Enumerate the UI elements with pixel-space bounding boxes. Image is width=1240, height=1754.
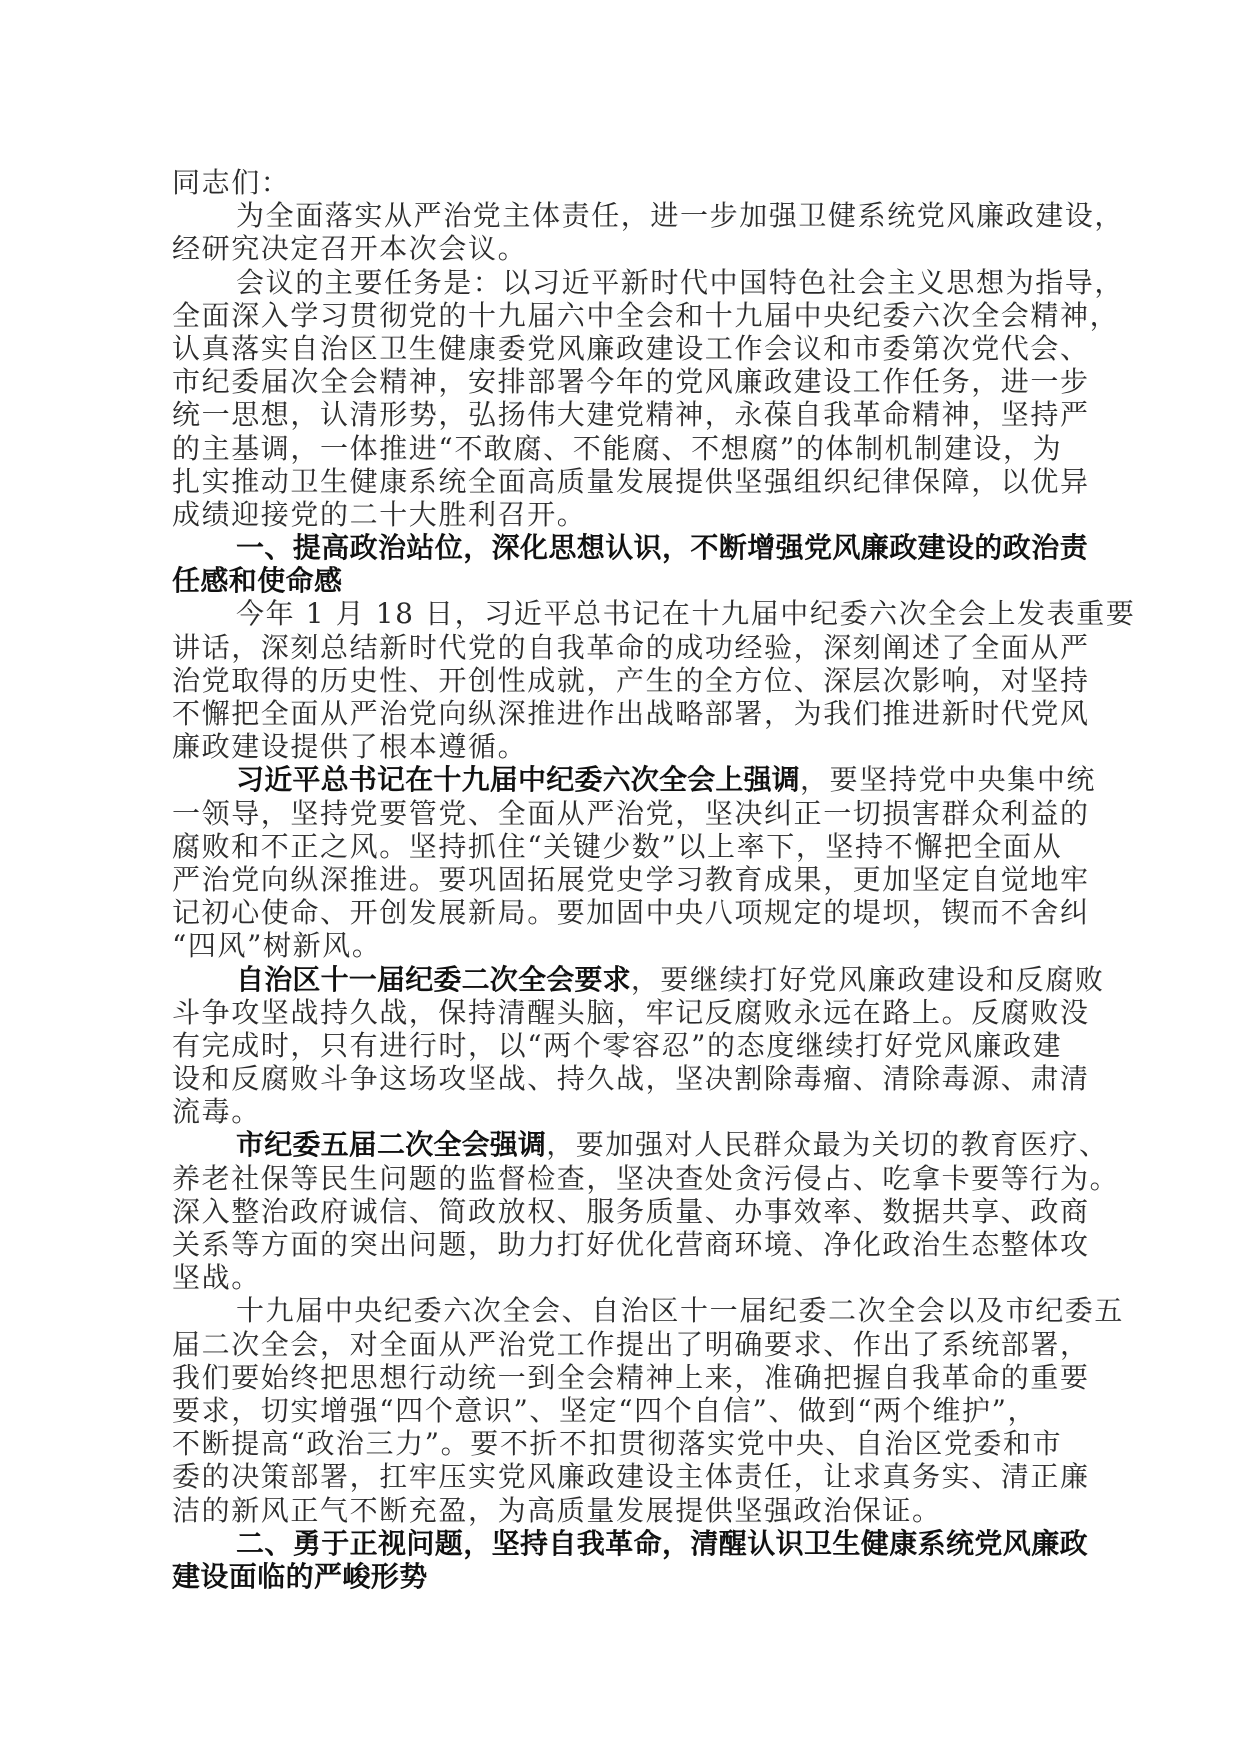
paragraph-jan18-speech: 今年 1 月 18 日，习近平总书记在十九届中纪委六次全会上发表重要 讲话，深刻… (172, 597, 1062, 763)
text-line: 记初心使命、开创发展新局。要加固中央八项规定的堤坝，锲而不舍纠 (172, 896, 1062, 929)
text-line: 市纪委届次全会精神，安排部署今年的党风廉政建设工作任务，进一步 (172, 365, 1062, 398)
text-line: 自治区十一届纪委二次全会要求，要继续打好党风廉政建设和反腐败 (172, 963, 1062, 996)
heading-line: 一、提高政治站位，深化思想认识，不断增强党风廉政建设的政治责 (172, 531, 1062, 564)
paragraph-intro: 为全面落实从严治党主体责任，进一步加强卫健系统党风廉政建设， 经研究决定召开本次… (172, 199, 1062, 265)
text-line: 届二次全会，对全面从严治党工作提出了明确要求、作出了系统部署， (172, 1328, 1062, 1361)
text-line: 委的决策部署，扛牢压实党风廉政建设主体责任，让求真务实、清正廉 (172, 1460, 1062, 1493)
text-line: 洁的新风正气不断充盈，为高质量发展提供坚强政治保证。 (172, 1494, 1062, 1527)
text-line: “四风”树新风。 (172, 929, 1062, 962)
paragraph-central-commission: 习近平总书记在十九届中纪委六次全会上强调，要坚持党中央集中统 一领导，坚持党要管… (172, 763, 1062, 962)
text-line: 严治党向纵深推进。要巩固拓展党史学习教育成果，更加坚定自觉地牢 (172, 863, 1062, 896)
section-heading-1: 一、提高政治站位，深化思想认识，不断增强党风廉政建设的政治责 任感和使命感 (172, 531, 1062, 597)
text-line: 习近平总书记在十九届中纪委六次全会上强调，要坚持党中央集中统 (172, 763, 1062, 796)
text-line: 十九届中央纪委六次全会、自治区十一届纪委二次全会以及市纪委五 (172, 1294, 1062, 1327)
text-line: 的主基调，一体推进“不敢腐、不能腐、不想腐”的体制机制建设，为 (172, 432, 1062, 465)
text-line: 认真落实自治区卫生健康委党风廉政建设工作会议和市委第次党代会、 (172, 332, 1062, 365)
bold-lead: 市纪委五届二次全会强调 (236, 1128, 546, 1161)
text-line: 不断提高“政治三力”。要不折不扣贯彻落实党中央、自治区党委和市 (172, 1427, 1062, 1460)
text-line: 为全面落实从严治党主体责任，进一步加强卫健系统党风廉政建设， (172, 199, 1062, 232)
text-line: 坚战。 (172, 1261, 1062, 1294)
text-line: 我们要始终把思想行动统一到全会精神上来，准确把握自我革命的重要 (172, 1361, 1062, 1394)
text-line: 关系等方面的突出问题，助力打好优化营商环境、净化政治生态整体攻 (172, 1228, 1062, 1261)
bold-lead: 自治区十一届纪委二次全会要求 (236, 963, 631, 996)
text-line: 深入整治政府诚信、简政放权、服务质量、办事效率、数据共享、政商 (172, 1195, 1062, 1228)
bold-lead: 习近平总书记在十九届中纪委六次全会上强调 (236, 763, 800, 796)
paragraph-summary: 十九届中央纪委六次全会、自治区十一届纪委二次全会以及市纪委五 届二次全会，对全面… (172, 1294, 1062, 1526)
text-line: 不懈把全面从严治党向纵深推进作出战略部署，为我们推进新时代党风 (172, 697, 1062, 730)
paragraph-tasks: 会议的主要任务是：以习近平新时代中国特色社会主义思想为指导， 全面深入学习贯彻党… (172, 266, 1062, 532)
text-line: 廉政建设提供了根本遵循。 (172, 730, 1062, 763)
text-line: 流毒。 (172, 1095, 1062, 1128)
text-line: 一领导，坚持党要管党、全面从严治党，坚决纠正一切损害群众利益的 (172, 797, 1062, 830)
document-page: 同志们： 为全面落实从严治党主体责任，进一步加强卫健系统党风廉政建设， 经研究决… (172, 166, 1062, 1593)
text-line: 腐败和不正之风。坚持抓住“关键少数”以上率下，坚持不懈把全面从 (172, 830, 1062, 863)
text-line: 经研究决定召开本次会议。 (172, 232, 1062, 265)
text-line: 成绩迎接党的二十大胜利召开。 (172, 498, 1062, 531)
text-line: 今年 1 月 18 日，习近平总书记在十九届中纪委六次全会上发表重要 (172, 597, 1062, 630)
text-line: 斗争攻坚战持久战，保持清醒头脑，牢记反腐败永远在路上。反腐败没 (172, 996, 1062, 1029)
section-heading-2: 二、勇于正视问题，坚持自我革命，清醒认识卫生健康系统党风廉政 建设面临的严峻形势 (172, 1527, 1062, 1593)
heading-line: 二、勇于正视问题，坚持自我革命，清醒认识卫生健康系统党风廉政 (172, 1527, 1062, 1560)
paragraph-autonomous-region: 自治区十一届纪委二次全会要求，要继续打好党风廉政建设和反腐败 斗争攻坚战持久战，… (172, 963, 1062, 1129)
text-line: 统一思想，认清形势，弘扬伟大建党精神，永葆自我革命精神，坚持严 (172, 398, 1062, 431)
heading-line: 建设面临的严峻形势 (172, 1560, 1062, 1593)
text-line: 治党取得的历史性、开创性成就，产生的全方位、深层次影响，对坚持 (172, 664, 1062, 697)
text-line: 全面深入学习贯彻党的十九届六中全会和十九届中央纪委六次全会精神， (172, 299, 1062, 332)
text-line: 设和反腐败斗争这场攻坚战、持久战，坚决割除毒瘤、清除毒源、肃清 (172, 1062, 1062, 1095)
text-rest: ，要继续打好党风廉政建设和反腐败 (631, 963, 1105, 996)
text-line: 讲话，深刻总结新时代党的自我革命的成功经验，深刻阐述了全面从严 (172, 631, 1062, 664)
text-rest: ，要坚持党中央集中统 (800, 763, 1096, 796)
heading-line: 任感和使命感 (172, 564, 1062, 597)
text-line: 市纪委五届二次全会强调，要加强对人民群众最为关切的教育医疗、 (172, 1128, 1062, 1161)
text-line: 养老社保等民生问题的监督检查，坚决查处贪污侵占、吃拿卡要等行为。 (172, 1162, 1062, 1195)
salutation: 同志们： (172, 166, 1062, 199)
text-line: 会议的主要任务是：以习近平新时代中国特色社会主义思想为指导， (172, 266, 1062, 299)
text-rest: ，要加强对人民群众最为关切的教育医疗、 (546, 1128, 1108, 1161)
text-line: 有完成时，只有进行时，以“两个零容忍”的态度继续打好党风廉政建 (172, 1029, 1062, 1062)
paragraph-city-commission: 市纪委五届二次全会强调，要加强对人民群众最为关切的教育医疗、 养老社保等民生问题… (172, 1128, 1062, 1294)
text-line: 扎实推动卫生健康系统全面高质量发展提供坚强组织纪律保障，以优异 (172, 465, 1062, 498)
text-line: 要求，切实增强“四个意识”、坚定“四个自信”、做到“两个维护”， (172, 1394, 1062, 1427)
